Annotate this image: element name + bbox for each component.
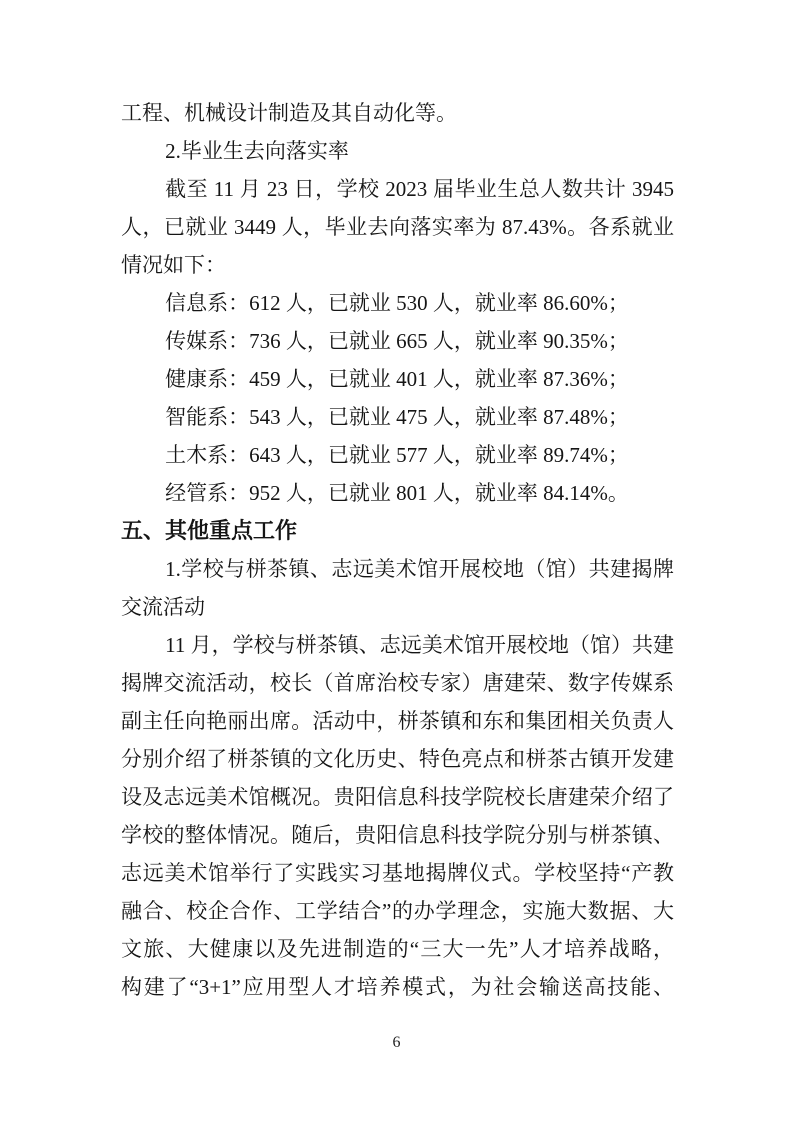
document-page: 工程、机械设计制造及其自动化等。 2.毕业生去向落实率 截至 11 月 23 日… xyxy=(0,0,793,1122)
page-number: 6 xyxy=(0,1033,793,1053)
doc-line: 截至 11 月 23 日，学校 2023 届毕业生总人数共计 3945 xyxy=(121,170,674,208)
doc-line: 分别介绍了栟茶镇的文化历史、特色亮点和栟茶古镇开发建 xyxy=(121,740,674,778)
doc-line: 工程、机械设计制造及其自动化等。 xyxy=(121,94,674,132)
subsection-heading: 2.毕业生去向落实率 xyxy=(121,132,674,170)
section-heading: 五、其他重点工作 xyxy=(121,512,674,550)
stat-line-tumu: 土木系：643 人，已就业 577 人，就业率 89.74%； xyxy=(121,436,674,474)
subsection-heading-wrap: 交流活动 xyxy=(121,588,674,626)
doc-line: 融合、校企合作、工学结合”的办学理念，实施大数据、大 xyxy=(121,892,674,930)
subsection-heading: 1.学校与栟茶镇、志远美术馆开展校地（馆）共建揭牌 xyxy=(121,550,674,588)
stat-line-jingguan: 经管系：952 人，已就业 801 人，就业率 84.14%。 xyxy=(121,474,674,512)
stat-line-chuanmei: 传媒系：736 人，已就业 665 人，就业率 90.35%； xyxy=(121,322,674,360)
doc-line: 构建了“3+1”应用型人才培养模式，为社会输送高技能、 xyxy=(121,968,674,1006)
document-body: 工程、机械设计制造及其自动化等。 2.毕业生去向落实率 截至 11 月 23 日… xyxy=(121,94,674,1006)
doc-line: 副主任向艳丽出席。活动中，栟茶镇和东和集团相关负责人 xyxy=(121,702,674,740)
doc-line: 人，已就业 3449 人，毕业去向落实率为 87.43%。各系就业 xyxy=(121,208,674,246)
doc-line: 情况如下： xyxy=(121,246,674,284)
stat-line-xinxi: 信息系：612 人，已就业 530 人，就业率 86.60%； xyxy=(121,284,674,322)
doc-line: 文旅、大健康以及先进制造的“三大一先”人才培养战略， xyxy=(121,930,674,968)
stat-line-zhineng: 智能系：543 人，已就业 475 人，就业率 87.48%； xyxy=(121,398,674,436)
doc-line: 揭牌交流活动，校长（首席治校专家）唐建荣、数字传媒系 xyxy=(121,664,674,702)
doc-line: 设及志远美术馆概况。贵阳信息科技学院校长唐建荣介绍了 xyxy=(121,778,674,816)
doc-line: 志远美术馆举行了实践实习基地揭牌仪式。学校坚持“产教 xyxy=(121,854,674,892)
doc-line: 学校的整体情况。随后，贵阳信息科技学院分别与栟茶镇、 xyxy=(121,816,674,854)
stat-line-jiankang: 健康系：459 人，已就业 401 人，就业率 87.36%； xyxy=(121,360,674,398)
doc-line: 11 月，学校与栟茶镇、志远美术馆开展校地（馆）共建 xyxy=(121,626,674,664)
